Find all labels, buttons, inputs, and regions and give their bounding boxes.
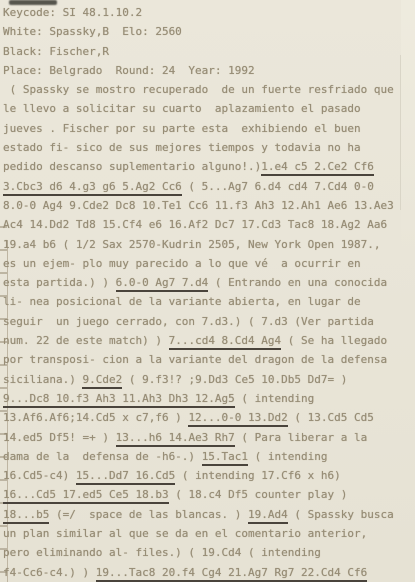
text-segment: ( 5...Ag7 6.d4 cd4 7.Cd4 0-0 xyxy=(182,180,374,193)
text-segment: li- nea posicional de la variante abiert… xyxy=(3,295,361,308)
text-segment: un plan similar al que se da en el comen… xyxy=(3,527,367,540)
chess-moves-underlined: 7...cd4 8.Cd4 Ag4 xyxy=(169,334,282,350)
text-segment: f4-Cc6-c4.) ) xyxy=(3,566,96,579)
text-line: f4-Cc6-c4.) ) 19...Tac8 20.f4 Cg4 21.Ag7… xyxy=(3,563,394,582)
text-segment: por transposi- cion a la variante del dr… xyxy=(3,353,387,366)
text-line: Black: Fischer,R xyxy=(3,42,394,61)
text-segment: esta partida.) ) xyxy=(3,276,116,289)
page-edge-line xyxy=(400,55,401,210)
text-segment: seguir un juego cerrado, con 7.d3.) ( 7.… xyxy=(3,315,374,328)
text-line: ( Spassky se mostro recuperado de un fue… xyxy=(3,80,394,99)
text-line: pedido descanso suplementario alguno!.)1… xyxy=(3,157,394,176)
text-segment: ( intending 17.Cf6 x h6) xyxy=(175,469,341,482)
text-line: pero eliminando al- files.) ( 19.Cd4 ( i… xyxy=(3,543,394,562)
text-segment: 19.a4 b6 ( 1/2 Sax 2570-Kudrin 2505, New… xyxy=(3,238,381,251)
text-segment: White: Spassky,B Elo: 2560 xyxy=(3,25,182,38)
text-segment: ( 18.c4 Df5 counter play ) xyxy=(169,488,348,501)
chess-moves-underlined: 1.e4 c5 2.Ce2 Cf6 xyxy=(261,160,374,176)
text-segment: num. 22 de este match) ) xyxy=(3,334,169,347)
text-segment: Black: Fischer,R xyxy=(3,45,109,58)
text-line: dama de la defensa de -h6-.) 15.Tac1 ( i… xyxy=(3,447,394,466)
text-segment: es un ejem- plo muy parecido a lo que vé… xyxy=(3,257,361,270)
text-line: Ac4 14.Dd2 Td8 15.Cf4 e6 16.Af2 Dc7 17.C… xyxy=(3,215,394,234)
text-line: por transposi- cion a la variante del dr… xyxy=(3,350,394,369)
chess-moves-underlined: 13...h6 14.Ae3 Rh7 xyxy=(116,431,235,447)
text-segment: ( Entrando en una conocida xyxy=(208,276,387,289)
text-segment: 16.Cd5-c4) xyxy=(3,469,76,482)
chess-moves-underlined: 9...Dc8 10.f3 Ah3 11.Ah3 Dh3 12.Ag5 xyxy=(3,392,235,408)
text-segment: estado fi- sico de sus mejores tiempos y… xyxy=(3,141,361,154)
text-segment: 8.0-0 Ag4 9.Cde2 Dc8 10.Te1 Cc6 11.f3 Ah… xyxy=(3,199,394,212)
text-line: 16.Cd5-c4) 15...Dd7 16.Cd5 ( intending 1… xyxy=(3,466,394,485)
text-segment: ( Spassky se mostro recuperado de un fue… xyxy=(3,83,394,96)
text-line: jueves . Fischer por su parte esta exhib… xyxy=(3,119,394,138)
text-segment: Ac4 14.Dd2 Td8 15.Cf4 e6 16.Af2 Dc7 17.C… xyxy=(3,218,387,231)
text-segment: ( intending xyxy=(235,392,314,405)
text-line: 19.a4 b6 ( 1/2 Sax 2570-Kudrin 2505, New… xyxy=(3,235,394,254)
text-segment: pedido descanso suplementario alguno!.) xyxy=(3,160,261,173)
text-line: 18...b5 (=/ space de las blancas. ) 19.A… xyxy=(3,505,394,524)
chess-moves-underlined: 9.Cde2 xyxy=(82,373,122,389)
text-segment: ( 9.f3!? ;9.Dd3 Ce5 10.Db5 Dd7= ) xyxy=(122,373,347,386)
text-line: le llevo a solicitar su cuarto aplazamie… xyxy=(3,99,394,118)
text-line: 3.Cbc3 d6 4.g3 g6 5.Ag2 Cc6 ( 5...Ag7 6.… xyxy=(3,177,394,196)
text-segment: (=/ space de las blancas. ) xyxy=(49,508,248,521)
chess-moves-underlined: 19...Tac8 20.f4 Cg4 21.Ag7 Rg7 22.Cd4 Cf… xyxy=(96,566,368,582)
text-line: li- nea posicional de la variante abiert… xyxy=(3,292,394,311)
text-segment: 14.ed5 Df5! =+ ) xyxy=(3,431,116,444)
text-segment: ( Spassky busca xyxy=(288,508,394,521)
text-segment: jueves . Fischer por su parte esta exhib… xyxy=(3,122,361,135)
chess-moves-underlined: 18...b5 xyxy=(3,508,49,524)
text-segment: le llevo a solicitar su cuarto aplazamie… xyxy=(3,102,361,115)
text-line: White: Spassky,B Elo: 2560 xyxy=(3,22,394,41)
text-line: estado fi- sico de sus mejores tiempos y… xyxy=(3,138,394,157)
text-line: esta partida.) ) 6.0-0 Ag7 7.d4 ( Entran… xyxy=(3,273,394,292)
chess-moves-underlined: 19.Ad4 xyxy=(248,508,288,524)
chess-moves-underlined: 12...0-0 13.Dd2 xyxy=(188,411,287,427)
text-line: 14.ed5 Df5! =+ ) 13...h6 14.Ae3 Rh7 ( Pa… xyxy=(3,428,394,447)
chess-moves-underlined: 15...Dd7 16.Cd5 xyxy=(76,469,175,485)
text-line: seguir un juego cerrado, con 7.d3.) ( 7.… xyxy=(3,312,394,331)
text-segment: ( Se ha llegado xyxy=(281,334,387,347)
text-segment: dama de la defensa de -h6-.) xyxy=(3,450,202,463)
text-line: 9...Dc8 10.f3 Ah3 11.Ah3 Dh3 12.Ag5 ( in… xyxy=(3,389,394,408)
text-line: 8.0-0 Ag4 9.Cde2 Dc8 10.Te1 Cc6 11.f3 Ah… xyxy=(3,196,394,215)
chess-moves-underlined: 3.Cbc3 d6 4.g3 g6 5.Ag2 Cc6 xyxy=(3,180,182,196)
text-segment: pero eliminando al- files.) ( 19.Cd4 ( i… xyxy=(3,546,321,559)
text-line: un plan similar al que se da en el comen… xyxy=(3,524,394,543)
text-line: es un ejem- plo muy parecido a lo que vé… xyxy=(3,254,394,273)
text-segment: siciliana.) xyxy=(3,373,82,386)
printed-text-block: Keycode: SI 48.1.10.2White: Spassky,B El… xyxy=(3,3,394,582)
text-segment: 13.Af6.Af6;14.Cd5 x c7,f6 ) xyxy=(3,411,188,424)
text-line: siciliana.) 9.Cde2 ( 9.f3!? ;9.Dd3 Ce5 1… xyxy=(3,370,394,389)
text-line: num. 22 de este match) ) 7...cd4 8.Cd4 A… xyxy=(3,331,394,350)
text-segment: ( intending xyxy=(248,450,327,463)
text-line: 13.Af6.Af6;14.Cd5 x c7,f6 ) 12...0-0 13.… xyxy=(3,408,394,427)
text-line: 16...Cd5 17.ed5 Ce5 18.b3 ( 18.c4 Df5 co… xyxy=(3,485,394,504)
text-segment: Place: Belgrado Round: 24 Year: 1992 xyxy=(3,64,255,77)
text-segment: Keycode: SI 48.1.10.2 xyxy=(3,6,142,19)
chess-moves-underlined: 16...Cd5 17.ed5 Ce5 18.b3 xyxy=(3,488,169,504)
scanned-document-page: Keycode: SI 48.1.10.2White: Spassky,B El… xyxy=(0,0,415,582)
chess-moves-underlined: 6.0-0 Ag7 7.d4 xyxy=(116,276,209,292)
text-line: Keycode: SI 48.1.10.2 xyxy=(3,3,394,22)
page-edge-band xyxy=(401,0,415,260)
text-line: Place: Belgrado Round: 24 Year: 1992 xyxy=(3,61,394,80)
text-segment: ( 13.Cd5 Cd5 xyxy=(288,411,374,424)
text-segment: ( Para liberar a la xyxy=(235,431,367,444)
chess-moves-underlined: 15.Tac1 xyxy=(202,450,248,466)
